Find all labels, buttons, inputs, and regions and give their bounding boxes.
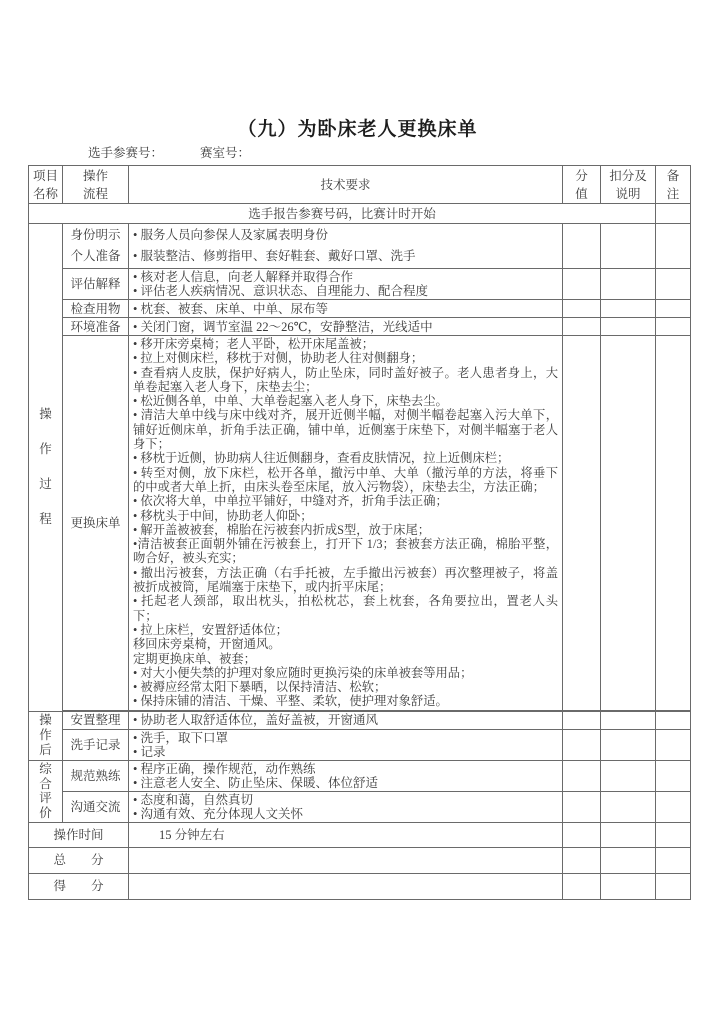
deduction-cell	[601, 269, 656, 300]
tech-item: • 服装整洁、修剪指甲、套好鞋套、戴好口罩、洗手	[133, 246, 558, 267]
tech-item: • 洗手，取下口罩	[133, 731, 558, 745]
tech-cell: • 态度和蔼，自然真切• 沟通有效、充分体现人文关怀	[129, 791, 563, 822]
step-label: 环境准备	[63, 318, 129, 336]
operation-time-label: 操作时间	[29, 822, 129, 847]
score-cell	[563, 760, 601, 791]
page-title: （九）为卧床老人更换床单	[0, 114, 715, 141]
tech-item: • 拉上床栏，安置舒适体位；	[133, 623, 558, 637]
table-row: 操 作 后 安置整理 • 协助老人取舒适体位，盖好盖被，开窗通风	[29, 711, 691, 729]
score-cell	[563, 847, 601, 873]
tech-item: • 对大小便失禁的护理对象应随时更换污染的床单被套等用品；	[133, 666, 558, 680]
meta-line: 选手参赛号：赛室号：	[88, 143, 250, 161]
tech-cell: • 程序正确，操作规范，动作熟练• 注意老人安全、防止坠床、保暖、体位舒适	[129, 760, 563, 791]
step-label: 安置整理	[63, 711, 129, 729]
deduction-cell	[601, 224, 656, 269]
tech-item: • 沟通有效、充分体现人文关怀	[133, 807, 558, 821]
deduction-cell	[601, 711, 656, 729]
tech-item: 定期更换床单、被套；	[133, 652, 558, 666]
remark-cell	[656, 300, 691, 318]
header-score-value: 分 值	[563, 166, 601, 204]
tech-item: • 移枕于近侧，协助病人往近侧翻身，查看皮肤情况，拉上近侧床栏；	[133, 451, 558, 465]
step-label: 规范熟练	[63, 760, 129, 791]
step-label: 身份明示 个人准备	[63, 224, 129, 269]
tech-item: • 枕套、被套、床单、中单、尿布等	[133, 302, 558, 316]
header-technical-requirements: 技术要求	[129, 166, 563, 204]
remark-cell	[656, 847, 691, 873]
notice-cell: 选手报告参赛号码，比赛计时开始	[29, 204, 656, 224]
tech-cell: • 关闭门窗，调节室温 22～26℃，安静整洁，光线适中	[129, 318, 563, 336]
notice-row: 选手报告参赛号码，比赛计时开始	[29, 204, 691, 224]
stage-label-after-operation: 操 作 后	[29, 711, 63, 760]
remark-cell	[656, 336, 691, 711]
table-row: 评估解释 • 核对老人信息，向老人解释并取得合作• 评估老人疾病情况、意识状态、…	[29, 269, 691, 300]
total-score-row: 总 分	[29, 847, 691, 873]
tech-item: • 保持床铺的清洁、干燥、平整、柔软，使护理对象舒适。	[133, 694, 558, 708]
score-cell	[563, 729, 601, 760]
tech-item: • 关闭门窗，调节室温 22～26℃，安静整洁，光线适中	[133, 320, 558, 334]
step-label: 评估解释	[63, 269, 129, 300]
remark-cell	[656, 729, 691, 760]
score-cell	[563, 711, 601, 729]
score-cell	[563, 822, 601, 847]
remark-cell	[656, 760, 691, 791]
header-deduction-notes: 扣分及 说明	[601, 166, 656, 204]
tech-item: • 托起老人颈部，取出枕头，拍松枕芯，套上枕套，各角要拉出，置老人头下；	[133, 594, 558, 623]
tech-item: 移回床旁桌椅，开窗通风。	[133, 637, 558, 651]
remark-cell	[656, 791, 691, 822]
tech-item: • 撤出污被套，方法正确（右手托被，左手撤出污被套）再次整理被子，将盖被折成被筒…	[133, 566, 558, 595]
table-row: 洗手记录 • 洗手，取下口罩• 记录	[29, 729, 691, 760]
deduction-cell	[601, 822, 656, 847]
tech-item: • 松近侧各单，中单、大单卷起塞入老人身下，床垫去尘。	[133, 394, 558, 408]
tech-cell: • 洗手，取下口罩• 记录	[129, 729, 563, 760]
deduction-cell	[601, 300, 656, 318]
deduction-cell	[601, 873, 656, 899]
score-cell	[563, 269, 601, 300]
deduction-cell	[601, 318, 656, 336]
deduction-cell	[601, 847, 656, 873]
score-cell	[563, 873, 601, 899]
obtained-score-label: 得 分	[29, 873, 129, 899]
total-score-label: 总 分	[29, 847, 129, 873]
tech-item: •清洁被套正面朝外铺在污被套上，打开下 1/3；套被套方法正确，棉胎平整，吻合好…	[133, 537, 558, 566]
header-operation-process: 操作 流程	[63, 166, 129, 204]
table-row: 操 作 过 程 身份明示 个人准备 • 服务人员向参保人及家属表明身份• 服装整…	[29, 224, 691, 269]
remark-cell	[656, 711, 691, 729]
table-row: 环境准备 • 关闭门窗，调节室温 22～26℃，安静整洁，光线适中	[29, 318, 691, 336]
operation-time-value: 15 分钟左右	[129, 822, 563, 847]
tech-cell: • 枕套、被套、床单、中单、尿布等	[129, 300, 563, 318]
tech-item: • 核对老人信息，向老人解释并取得合作	[133, 270, 558, 284]
tech-cell: • 核对老人信息，向老人解释并取得合作• 评估老人疾病情况、意识状态、自理能力、…	[129, 269, 563, 300]
stage-label-operation-process: 操 作 过 程	[29, 224, 63, 712]
obtained-score-value	[129, 873, 563, 899]
score-cell	[563, 224, 601, 269]
table-row: 综 合 评 价 规范熟练 • 程序正确，操作规范，动作熟练• 注意老人安全、防止…	[29, 760, 691, 791]
contestant-no-label: 选手参赛号：	[88, 146, 163, 160]
tech-cell: • 服务人员向参保人及家属表明身份• 服装整洁、修剪指甲、套好鞋套、戴好口罩、洗…	[129, 224, 563, 269]
table-row: 更换床单 • 移开床旁桌椅；老人平卧，松开床尾盖被；• 拉上对侧床栏，移枕于对侧…	[29, 336, 691, 711]
tech-item: • 程序正确，操作规范，动作熟练	[133, 762, 558, 776]
step-label: 沟通交流	[63, 791, 129, 822]
tech-item: • 拉上对侧床栏，移枕于对侧，协助老人往对侧翻身；	[133, 351, 558, 365]
operation-time-row: 操作时间 15 分钟左右	[29, 822, 691, 847]
tech-item: • 记录	[133, 745, 558, 759]
remark-cell	[656, 269, 691, 300]
tech-item: • 服务人员向参保人及家属表明身份	[133, 225, 558, 246]
tech-item: • 清洁大单中线与床中线对齐，展开近侧半幅，对侧半幅卷起塞入污大单下，铺好近侧床…	[133, 408, 558, 451]
tech-item: • 移开床旁桌椅；老人平卧，松开床尾盖被；	[133, 337, 558, 351]
step-label: 更换床单	[63, 336, 129, 711]
score-table: 项目 名称 操作 流程 技术要求 分 值 扣分及 说明 备 注 选手报告参赛号码…	[28, 165, 691, 900]
remark-cell	[656, 204, 691, 224]
tech-item: • 协助老人取舒适体位，盖好盖被，开窗通风	[133, 713, 558, 727]
tech-cell: • 移开床旁桌椅；老人平卧，松开床尾盖被；• 拉上对侧床栏，移枕于对侧，协助老人…	[129, 336, 563, 711]
tech-item: • 评估老人疾病情况、意识状态、自理能力、配合程度	[133, 284, 558, 298]
tech-item: • 转至对侧，放下床栏，松开各单，撤污中单、大单（撤污单的方法，将垂下的中或者大…	[133, 466, 558, 495]
tech-item: • 查看病人皮肤，保护好病人，防止坠床，同时盖好被子。老人患者身上，大单卷起塞入…	[133, 366, 558, 395]
remark-cell	[656, 224, 691, 269]
tech-item: • 被褥应经常太阳下暴晒，以保持清洁、松软；	[133, 680, 558, 694]
header-row: 项目 名称 操作 流程 技术要求 分 值 扣分及 说明 备 注	[29, 166, 691, 204]
tech-item: • 注意老人安全、防止坠床、保暖、体位舒适	[133, 776, 558, 790]
deduction-cell	[601, 760, 656, 791]
score-cell	[563, 300, 601, 318]
room-no-label: 赛室号：	[200, 146, 250, 160]
tech-item: • 移枕头于中间，协助老人仰卧；	[133, 509, 558, 523]
obtained-score-row: 得 分	[29, 873, 691, 899]
total-score-value	[129, 847, 563, 873]
step-label: 洗手记录	[63, 729, 129, 760]
tech-cell: • 协助老人取舒适体位，盖好盖被，开窗通风	[129, 711, 563, 729]
deduction-cell	[601, 729, 656, 760]
table-row: 检查用物 • 枕套、被套、床单、中单、尿布等	[29, 300, 691, 318]
score-cell	[563, 791, 601, 822]
remark-cell	[656, 873, 691, 899]
remark-cell	[656, 822, 691, 847]
stage-label-overall-evaluation: 综 合 评 价	[29, 760, 63, 822]
header-project-name: 项目 名称	[29, 166, 63, 204]
document-page: （九）为卧床老人更换床单 选手参赛号：赛室号： 项目 名称 操作 流程 技术要求…	[0, 0, 715, 1011]
score-cell	[563, 336, 601, 711]
tech-item: • 依次将大单，中单拉平铺好，中缝对齐，折角手法正确；	[133, 494, 558, 508]
header-remarks: 备 注	[656, 166, 691, 204]
deduction-cell	[601, 791, 656, 822]
score-cell	[563, 318, 601, 336]
remark-cell	[656, 318, 691, 336]
deduction-cell	[601, 336, 656, 711]
tech-item: • 解开盖被被套，棉胎在污被套内折成S型，放于床尾；	[133, 523, 558, 537]
step-label: 检查用物	[63, 300, 129, 318]
table-row: 沟通交流 • 态度和蔼，自然真切• 沟通有效、充分体现人文关怀	[29, 791, 691, 822]
tech-item: • 态度和蔼，自然真切	[133, 793, 558, 807]
